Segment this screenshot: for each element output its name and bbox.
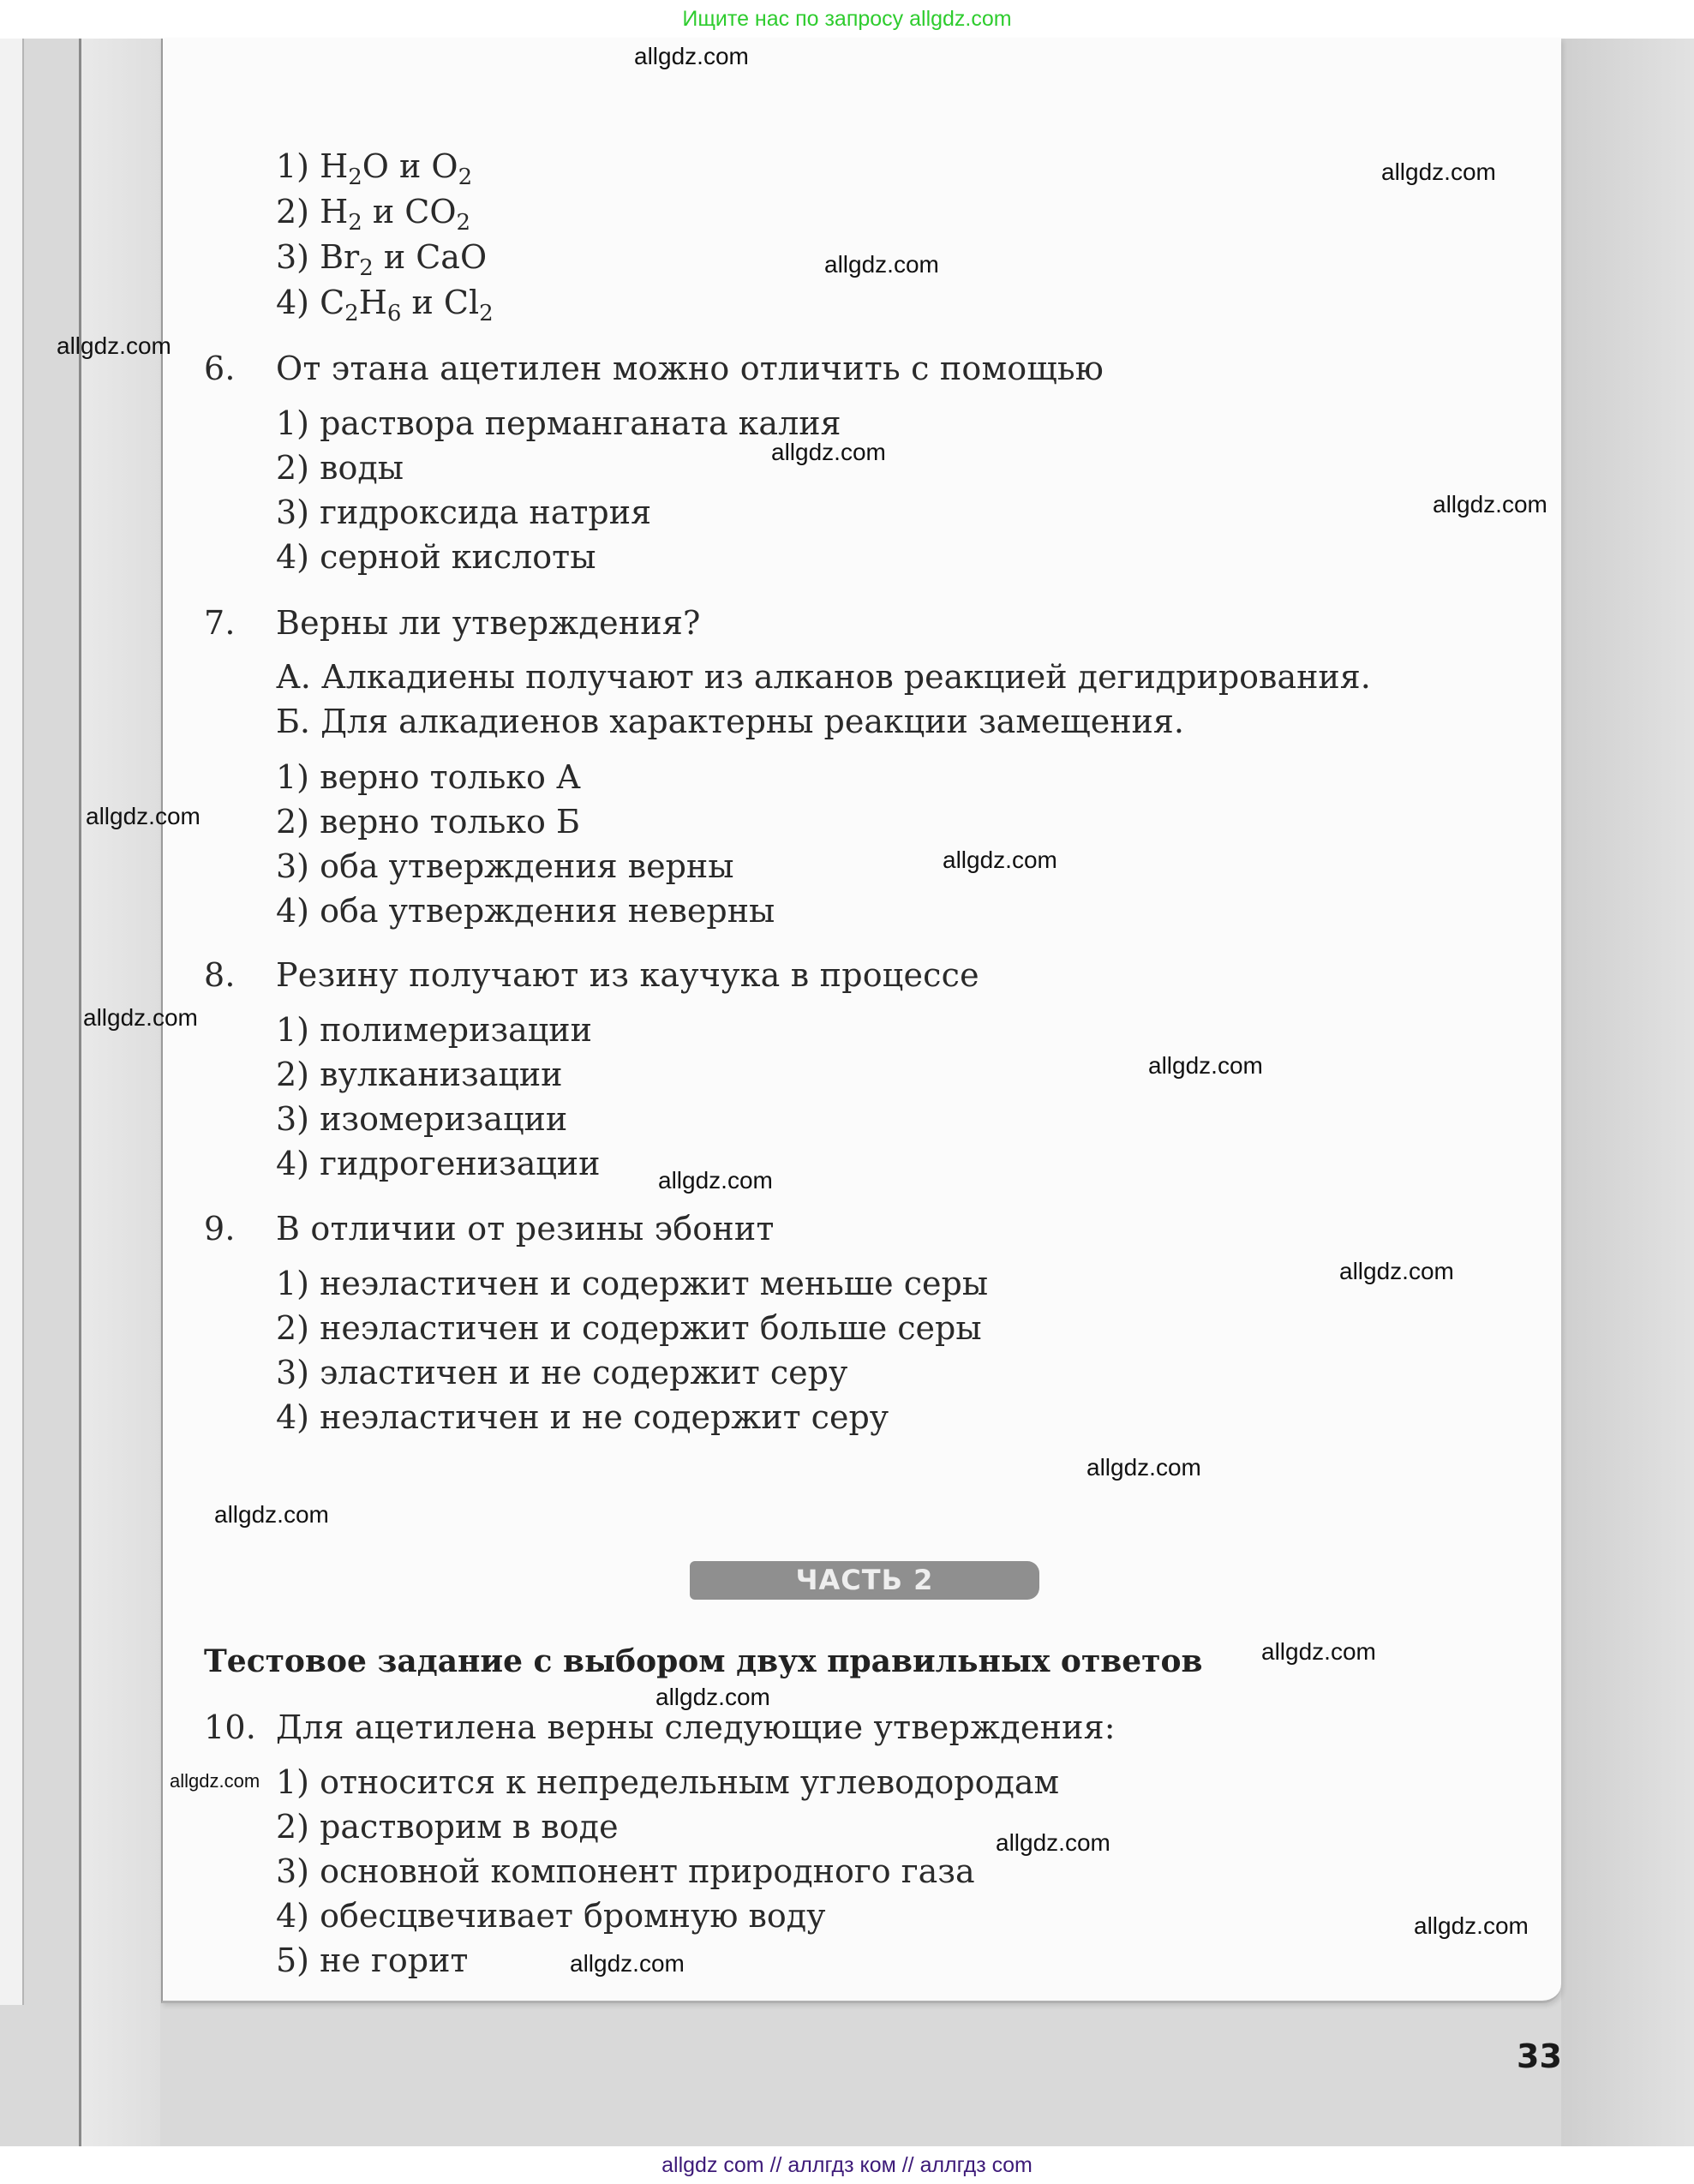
answer-option: 3) основной компонент природного газа: [276, 1852, 975, 1890]
watermark-link[interactable]: allgdz.com: [658, 1167, 773, 1194]
formula-option: 2) H2 и CO2: [276, 193, 470, 230]
part-2-badge: ЧАСТЬ 2: [690, 1561, 1039, 1600]
answer-option: 5) не горит: [276, 1942, 468, 1979]
answer-option: 3) изомеризации: [276, 1100, 567, 1138]
question-number: 9.: [204, 1210, 276, 1248]
answer-option: 1) относится к непредельным углеводорода…: [276, 1763, 1059, 1801]
previous-page-edge: [0, 39, 24, 2005]
answer-option: 3) эластичен и не содержит серу: [276, 1354, 847, 1391]
watermark-link[interactable]: allgdz.com: [634, 43, 749, 70]
question-10: 10.Для ацетилена верны следующие утвержд…: [204, 1708, 1116, 1746]
question-text: От этана ацетилен можно отличить с помощ…: [276, 350, 1104, 387]
answer-option: 4) неэластичен и не содержит серу: [276, 1398, 889, 1436]
watermark-link[interactable]: allgdz.com: [1381, 159, 1496, 186]
watermark-link[interactable]: allgdz.com: [1339, 1258, 1454, 1285]
answer-option: 1) неэластичен и содержит меньше серы: [276, 1265, 988, 1302]
watermark-link[interactable]: allgdz.com: [83, 1004, 198, 1032]
watermark-link[interactable]: allgdz.com: [655, 1684, 770, 1711]
search-banner[interactable]: Ищите нас по запросу allgdz.com: [0, 0, 1694, 39]
answer-option: 2) верно только Б: [276, 803, 580, 841]
formula-option: 1) H2O и O2: [276, 147, 472, 185]
formula-option: 4) C2H6 и Cl2: [276, 284, 494, 321]
statement: Б. Для алкадиенов характерны реакции зам…: [276, 703, 1184, 740]
answer-option: 4) обесцвечивает бромную воду: [276, 1897, 826, 1935]
answer-option: 4) серной кислоты: [276, 538, 596, 576]
watermark-link[interactable]: allgdz.com: [1414, 1912, 1529, 1940]
question-number: 8.: [204, 956, 276, 994]
question-text: Верны ли утверждения?: [276, 604, 701, 642]
answer-option: 2) растворим в воде: [276, 1808, 619, 1846]
question-number: 10.: [204, 1708, 276, 1746]
answer-option: 1) полимеризации: [276, 1011, 592, 1049]
answer-option: 4) оба утверждения неверны: [276, 892, 775, 930]
formula-option: 3) Br2 и CaO: [276, 238, 487, 276]
page-number: 33: [1517, 2037, 1562, 2075]
statement: А. Алкадиены получают из алканов реакцие…: [276, 658, 1371, 696]
answer-option: 3) оба утверждения верны: [276, 847, 734, 885]
watermark-link[interactable]: allgdz.com: [570, 1950, 685, 1978]
question-text: Для ацетилена верны следующие утверждени…: [276, 1708, 1116, 1746]
answer-option: 1) верно только А: [276, 758, 581, 796]
watermark-link[interactable]: allgdz.com: [57, 332, 171, 360]
watermark-link[interactable]: allgdz.com: [824, 251, 939, 278]
answer-option: 4) гидрогенизации: [276, 1145, 600, 1182]
watermark-link[interactable]: allgdz.com: [1086, 1454, 1201, 1481]
answer-option: 1) раствора перманганата калия: [276, 404, 841, 442]
watermark-link[interactable]: allgdz.com: [771, 439, 886, 466]
answer-option: 2) воды: [276, 449, 404, 487]
watermark-link[interactable]: allgdz.com: [86, 803, 201, 830]
question-8: 8.Резину получают из каучука в процессе: [204, 956, 979, 994]
question-7: 7.Верны ли утверждения?: [204, 604, 701, 642]
watermark-link[interactable]: allgdz.com: [1433, 491, 1547, 518]
watermark-link[interactable]: allgdz.com: [1261, 1638, 1376, 1666]
answer-option: 2) неэластичен и содержит больше серы: [276, 1309, 982, 1347]
footer-links[interactable]: allgdz com // аллгдз ком // аллгдз com: [0, 2146, 1694, 2184]
watermark-link[interactable]: allgdz.com: [996, 1829, 1110, 1857]
answer-option: 3) гидроксида натрия: [276, 494, 651, 531]
question-6: 6.От этана ацетилен можно отличить с пом…: [204, 350, 1104, 387]
section-heading: Тестовое задание с выбором двух правильн…: [204, 1643, 1203, 1679]
question-number: 7.: [204, 604, 276, 642]
question-number: 6.: [204, 350, 276, 387]
watermark-link[interactable]: allgdz.com: [170, 1770, 260, 1792]
watermark-link[interactable]: allgdz.com: [943, 847, 1057, 874]
right-page-shade: [1561, 39, 1694, 2146]
question-text: В отличии от резины эбонит: [276, 1210, 775, 1248]
watermark-link[interactable]: allgdz.com: [214, 1501, 329, 1529]
question-9: 9.В отличии от резины эбонит: [204, 1210, 775, 1248]
answer-option: 2) вулканизации: [276, 1056, 563, 1093]
question-text: Резину получают из каучука в процессе: [276, 956, 979, 994]
watermark-link[interactable]: allgdz.com: [1148, 1052, 1263, 1080]
